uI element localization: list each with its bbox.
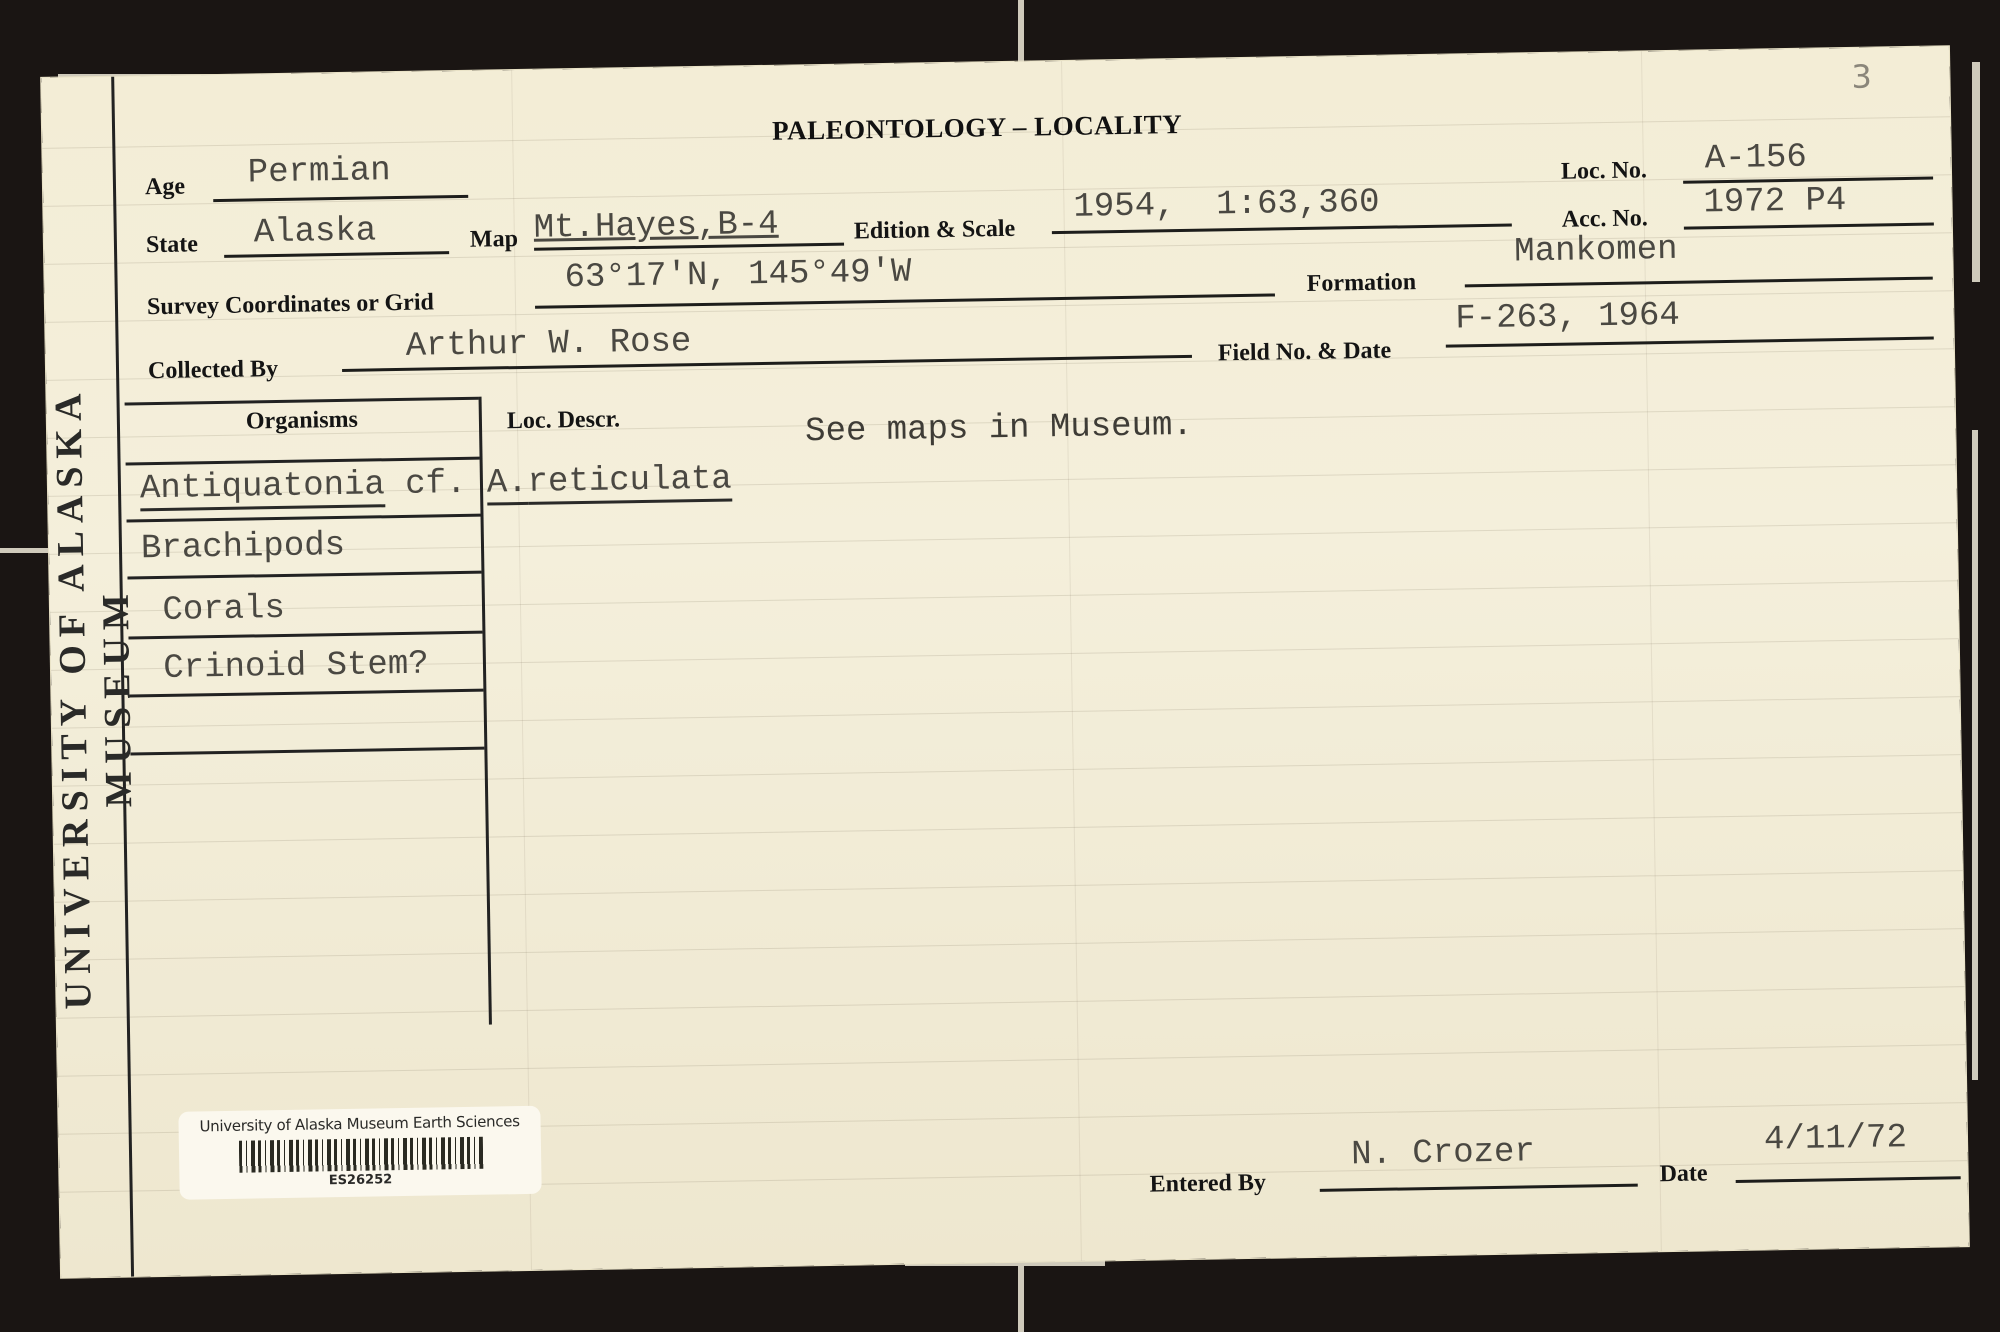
- mount-mark-left-tick: [0, 548, 50, 553]
- edition-scale-label: Edition & Scale: [854, 216, 1016, 246]
- corner-mark: 3: [1851, 58, 1872, 96]
- state-value: Alaska: [253, 212, 376, 252]
- organisms-header: Organisms: [125, 405, 479, 438]
- survey-coordinates-label: Survey Coordinates or Grid: [147, 289, 434, 321]
- card-title: PALEONTOLOGY – LOCALITY: [772, 109, 1183, 147]
- organism-row-3: Corals: [142, 590, 285, 630]
- mount-mark-bottom-center-v: [1018, 1250, 1024, 1332]
- organism-row-2: Brachipods: [141, 527, 346, 568]
- barcode-label: University of Alaska Museum Earth Scienc…: [178, 1106, 541, 1200]
- side-title: UNIVERSITY OF ALASKA MUSEUM: [45, 287, 119, 1108]
- field-no-date-value: F-263, 1964: [1455, 297, 1680, 339]
- locality-card: UNIVERSITY OF ALASKA MUSEUM PALEONTOLOGY…: [41, 46, 1969, 1277]
- loc-descr-label: Loc. Descr.: [507, 406, 621, 435]
- formation-underline: [1465, 277, 1933, 288]
- loc-descr-value: See maps in Museum.: [805, 407, 1193, 451]
- organism-cf: cf.: [385, 465, 488, 505]
- loc-no-value: A-156: [1704, 139, 1807, 179]
- edition-scale-value: 1954, 1:63,360: [1073, 184, 1380, 227]
- date-value: 4/11/72: [1764, 1119, 1907, 1159]
- formation-label: Formation: [1307, 269, 1417, 298]
- state-label: State: [146, 231, 198, 259]
- organism-species: reticulata: [527, 461, 732, 505]
- entered-by-underline: [1320, 1184, 1638, 1192]
- map-value: Mt.Hayes,B-4: [533, 206, 778, 248]
- acc-no-value: 1972 P4: [1703, 182, 1846, 222]
- entered-by-label: Entered By: [1149, 1170, 1266, 1199]
- map-label: Map: [470, 226, 518, 254]
- mount-mark-right: [1972, 62, 1980, 282]
- age-label: Age: [145, 174, 185, 202]
- date-label: Date: [1659, 1160, 1707, 1188]
- collected-by-value: Arthur W. Rose: [405, 323, 691, 366]
- barcode-icon: [239, 1137, 483, 1173]
- entered-by-value: N. Crozer: [1351, 1133, 1535, 1174]
- acc-no-underline: [1684, 223, 1934, 230]
- age-value: Permian: [247, 152, 390, 192]
- mount-mark-right-lower: [1972, 430, 1978, 1080]
- field-no-date-underline: [1446, 337, 1934, 348]
- barcode-number: ES26252: [179, 1170, 541, 1191]
- loc-no-label: Loc. No.: [1561, 157, 1647, 185]
- collected-by-label: Collected By: [148, 356, 278, 385]
- acc-no-label: Acc. No.: [1562, 205, 1648, 233]
- survey-coordinates-value: 63°17'N, 145°49'W: [564, 254, 911, 298]
- organism-row-4: Crinoid Stem?: [143, 646, 429, 689]
- barcode-title: University of Alaska Museum Earth Scienc…: [178, 1112, 540, 1136]
- date-underline: [1736, 1176, 1961, 1183]
- organism-genus: Antiquatonia: [140, 466, 385, 511]
- organism-genus-abbr: A.: [487, 464, 528, 506]
- field-no-date-label: Field No. & Date: [1218, 338, 1392, 368]
- formation-value: Mankomen: [1514, 231, 1678, 272]
